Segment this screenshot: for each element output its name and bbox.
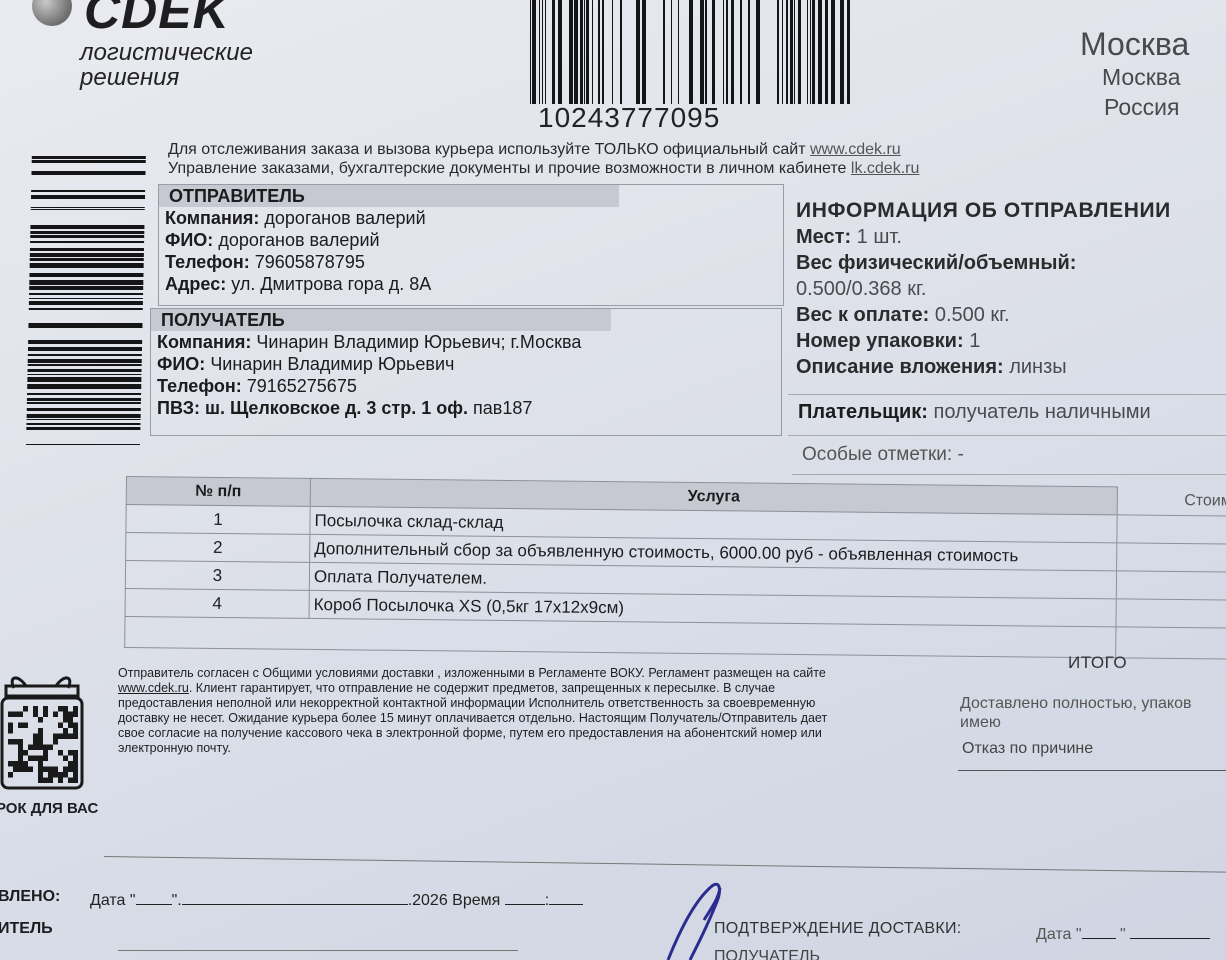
terms-line3: предоставления неполной или некорректной…: [118, 696, 930, 711]
tracking-barcode: [530, 0, 850, 104]
weight-label: Вес физический/объемный:: [796, 250, 1171, 276]
service-cost: [1117, 515, 1226, 544]
brand-tagline: логистические решения: [80, 40, 253, 90]
terms-site-link[interactable]: www.cdek.ru: [118, 681, 189, 695]
handed-over-label: ВЛЕНО:: [0, 888, 60, 906]
confirm-date-label: Дата ": [1036, 926, 1082, 943]
minute-field[interactable]: [549, 890, 583, 905]
service-cost: [1116, 571, 1226, 600]
notice-line1: Для отслеживания заказа и вызова курьера…: [168, 141, 810, 158]
hour-field[interactable]: [505, 890, 545, 905]
service-cost: [1117, 543, 1226, 572]
date-label: Дата ": [90, 892, 136, 909]
contents: Описание вложения: линзы: [796, 354, 1171, 380]
payer-value: получатель наличными: [934, 401, 1151, 423]
service-num: 2: [126, 533, 310, 563]
service-num: 1: [126, 505, 310, 535]
terms-text: Отправитель согласен с Общими условиями …: [118, 666, 930, 756]
special-label: Особые отметки:: [802, 444, 952, 465]
delivery-confirmation-label: ПОДТВЕРЖДЕНИЕ ДОСТАВКИ:: [714, 920, 962, 938]
recipient-title: ПОЛУЧАТЕЛЬ: [151, 309, 611, 331]
col-cost: Стоим: [1117, 487, 1226, 516]
day-field[interactable]: [136, 890, 172, 905]
shipment-info: ИНФОРМАЦИЯ ОБ ОТПРАВЛЕНИИ Мест: 1 шт. Ве…: [796, 198, 1171, 380]
tracking-notice: Для отслеживания заказа и вызова курьера…: [168, 140, 919, 178]
package-number: Номер упаковки: 1: [796, 328, 1171, 354]
destination-country: Россия: [1104, 94, 1179, 121]
refusal-label: Отказ по причине: [962, 740, 1093, 758]
service-num: 3: [125, 561, 309, 591]
refusal-reason-line: [958, 770, 1226, 771]
recipient-phone: Телефон: 79165275675: [151, 375, 781, 397]
payer-label: Плательщик:: [798, 401, 928, 423]
sender-phone: Телефон: 79605878795: [159, 251, 783, 273]
sender-company: Компания: дороганов валерий: [159, 207, 783, 229]
cdek-logo-globe-icon: [32, 0, 72, 26]
col-num: № п/п: [126, 477, 310, 507]
paid-weight: Вес к оплате: 0.500 кг.: [796, 302, 1171, 328]
delivered-statement: Доставлено полностью, упаков имею: [960, 694, 1191, 732]
tagline-line1: логистические: [80, 40, 253, 65]
special-value: -: [957, 444, 963, 465]
year-time-label: .2026 Время: [408, 892, 501, 909]
handover-date-row: Дата ""..2026 Время :: [90, 890, 583, 910]
date-sep: ".: [172, 892, 182, 909]
confirm-month-field[interactable]: [1130, 924, 1210, 939]
destination-city: Москва: [1080, 26, 1189, 63]
divider-line: [104, 856, 1226, 873]
places: Мест: 1 шт.: [796, 224, 1171, 250]
side-barcode: [26, 146, 146, 462]
sender-sign-label: ИТЕЛЬ: [0, 920, 53, 938]
terms-line5: свое согласие на получение кассового чек…: [118, 726, 930, 741]
confirm-day-field[interactable]: [1082, 924, 1116, 939]
tagline-line2: решения: [80, 65, 253, 90]
special-notes-row: Особые отметки: -: [792, 438, 1226, 475]
cdek-site-link[interactable]: www.cdek.ru: [810, 141, 901, 158]
weight-value: 0.500/0.368 кг.: [796, 276, 1171, 302]
destination-region: Москва: [1102, 64, 1181, 91]
sender-address: Адрес: ул. Дмитрова гора д. 8А: [159, 273, 783, 295]
recipient-sign-label: ПОЛУЧАТЕЛЬ: [714, 948, 820, 960]
delivered-line1: Доставлено полностью, упаков: [960, 694, 1191, 713]
services-table: № п/п Услуга Стоим 1 Посылочка склад-скл…: [124, 476, 1226, 660]
sender-title: ОТПРАВИТЕЛЬ: [159, 185, 619, 207]
sender-name: ФИО: дороганов валерий: [159, 229, 783, 251]
terms-line1: Отправитель согласен с Общими условиями …: [118, 666, 930, 681]
terms-line2: . Клиент гарантирует, что отправление не…: [189, 681, 775, 695]
cabinet-link[interactable]: lk.cdek.ru: [851, 160, 919, 177]
brand-logo: CDEK: [84, 0, 230, 40]
recipient-company: Компания: Чинарин Владимир Юрьевич; г.Мо…: [151, 331, 781, 353]
month-field[interactable]: [182, 890, 408, 905]
recipient-name: ФИО: Чинарин Владимир Юрьевич: [151, 353, 781, 375]
confirmation-date-row: Дата " ": [1036, 924, 1210, 944]
shipment-title: ИНФОРМАЦИЯ ОБ ОТПРАВЛЕНИИ: [796, 198, 1171, 224]
delivered-line2: имею: [960, 713, 1191, 732]
sender-section: ОТПРАВИТЕЛЬ Компания: дороганов валерий …: [158, 184, 784, 306]
total-label: ИТОГО: [1068, 653, 1127, 673]
recipient-pickup-point: ПВЗ: ш. Щелковское д. 3 стр. 1 оф. пав18…: [151, 397, 781, 419]
service-cost: [1116, 599, 1226, 628]
notice-line2: Управление заказами, бухгалтерские докум…: [168, 160, 851, 177]
signature-line: [118, 950, 518, 951]
terms-line4: доставку не несет. Ожидание курьера боле…: [118, 711, 930, 726]
recipient-section: ПОЛУЧАТЕЛЬ Компания: Чинарин Владимир Юр…: [150, 308, 782, 436]
gift-label: РОК ДЛЯ ВАС: [0, 800, 98, 817]
tracking-number: 10243777095: [538, 102, 720, 134]
terms-line6: электронную почту.: [118, 741, 930, 756]
payer-row: Плательщик: получатель наличными: [788, 394, 1226, 436]
service-num: 4: [125, 588, 309, 618]
gift-qr-code-icon: [0, 672, 88, 796]
